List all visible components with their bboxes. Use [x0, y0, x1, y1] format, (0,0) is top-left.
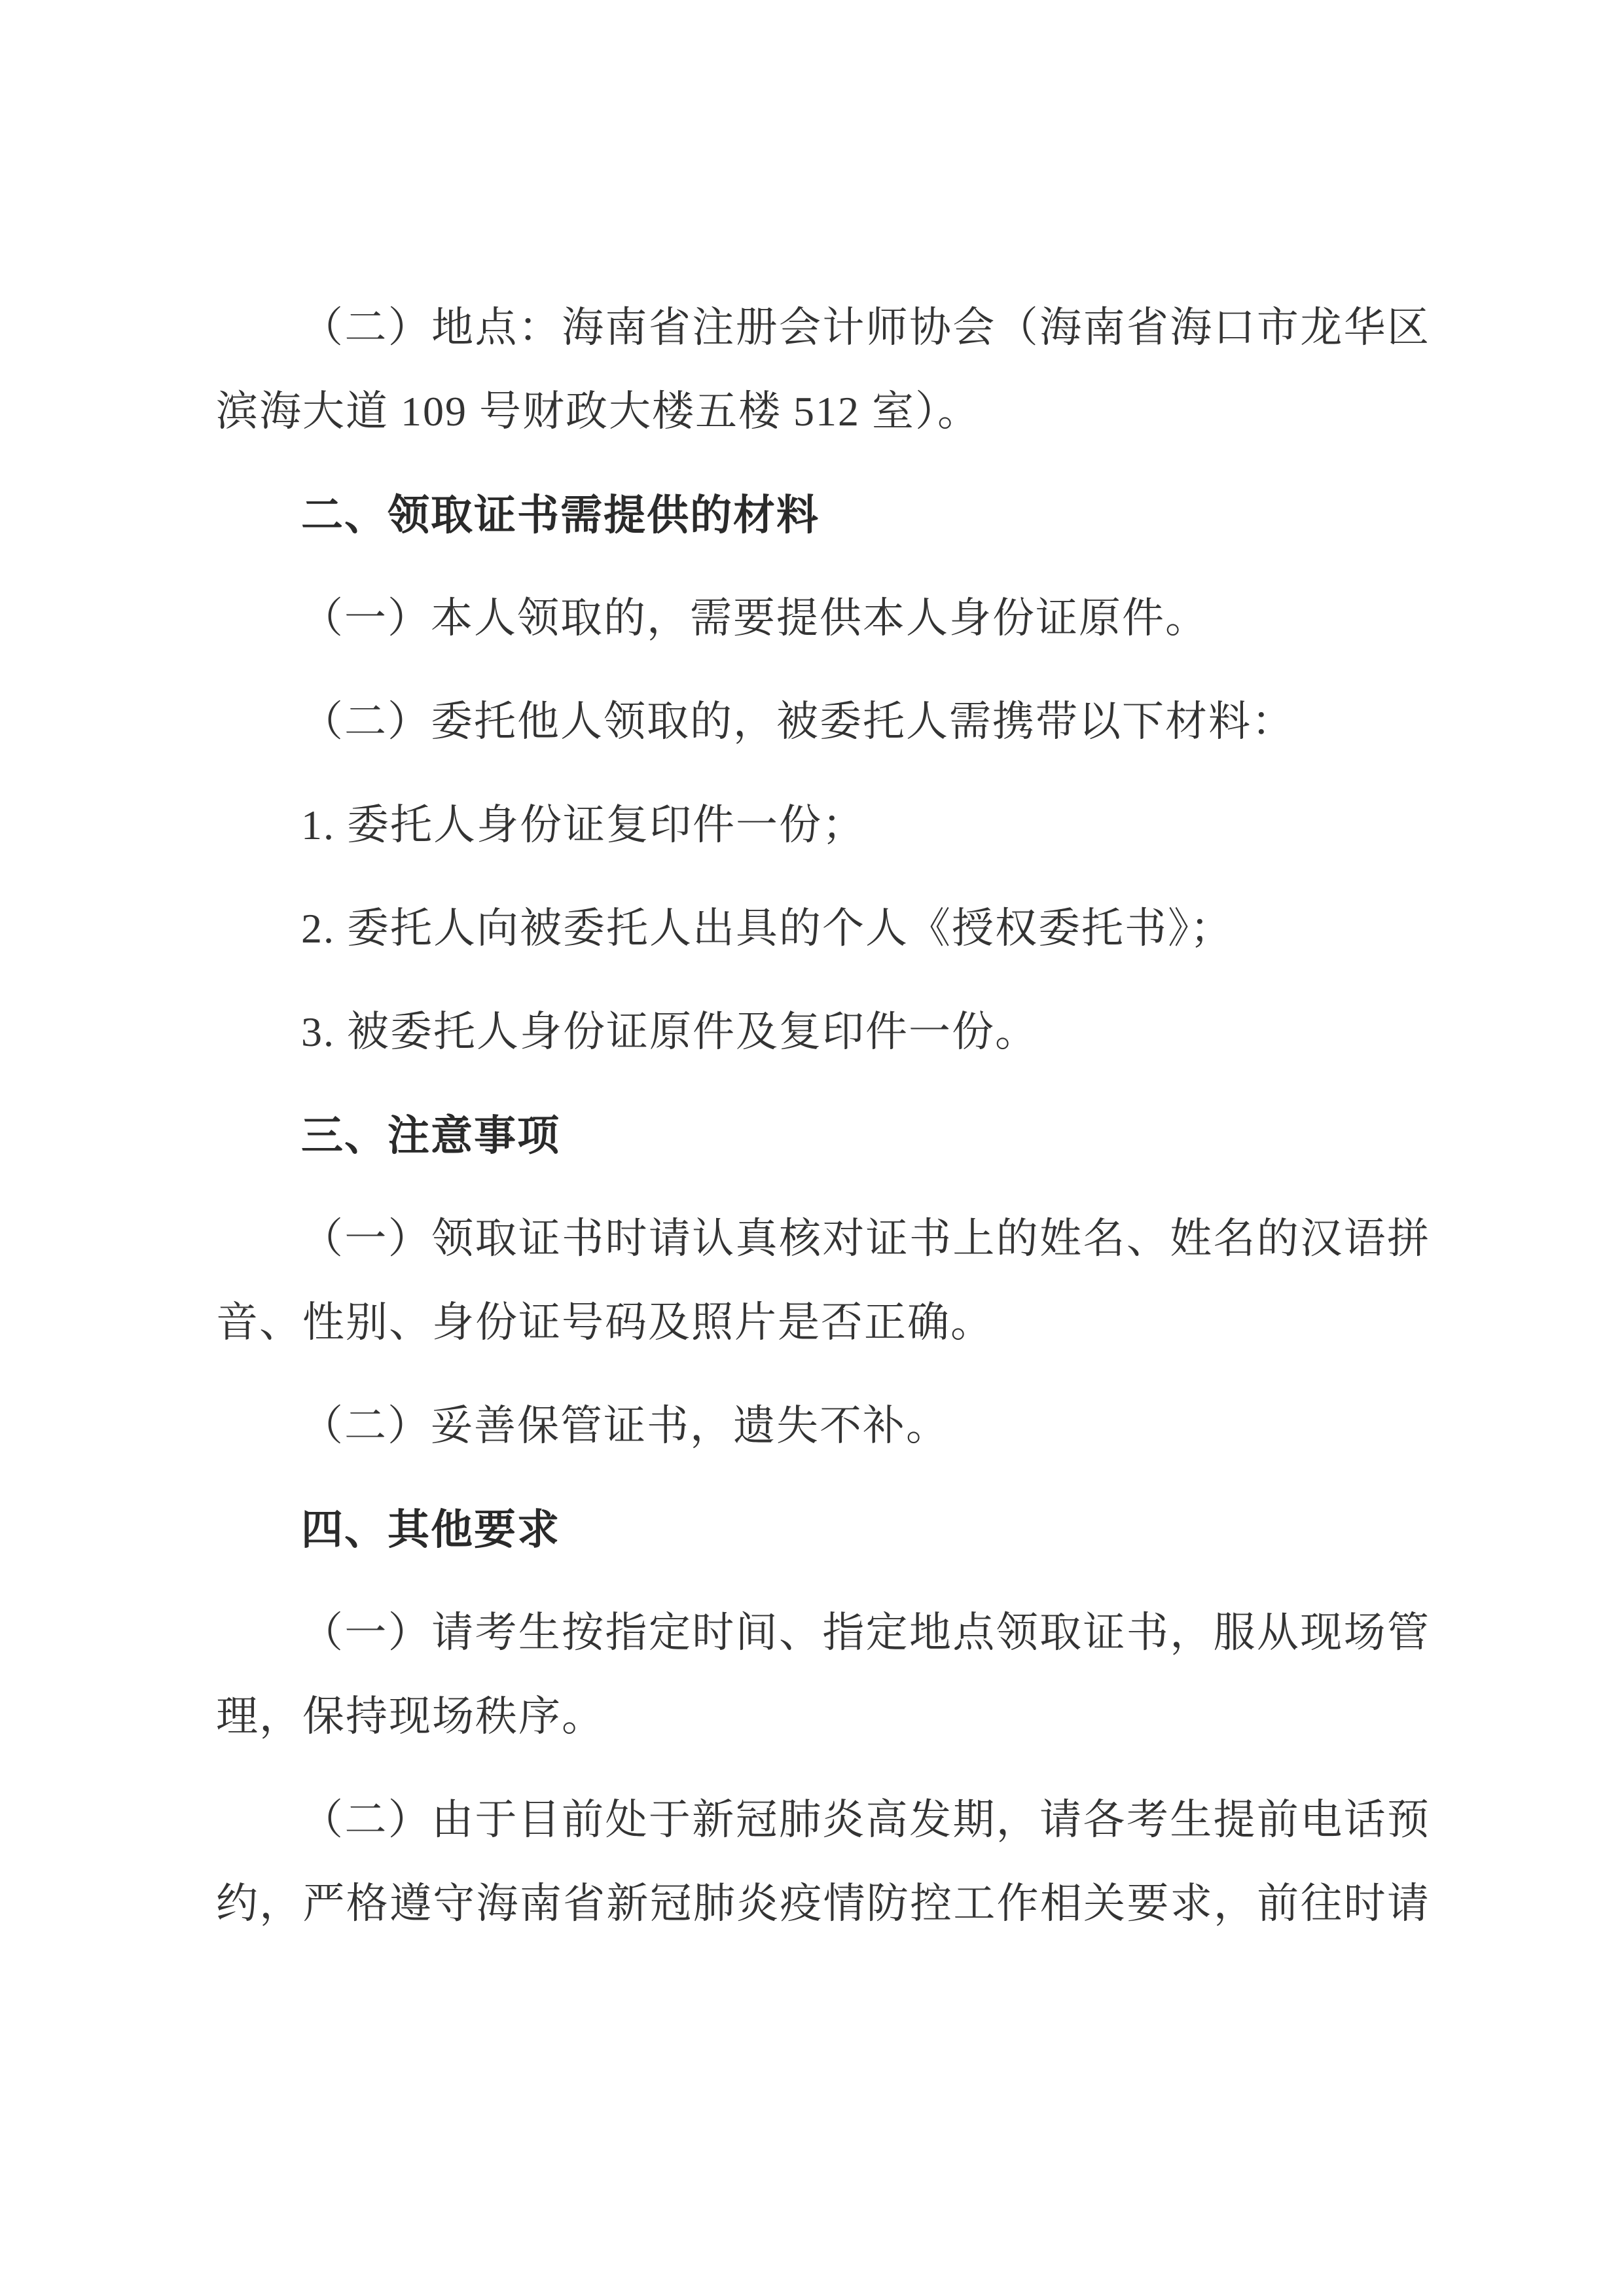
text-line: 音、性别、身份证号码及照片是否正确。 [216, 1281, 1430, 1365]
paragraph: （一）请考生按指定时间、指定地点领取证书，服从现场管理，保持现场秩序。 [216, 1591, 1430, 1759]
text-line: 三、注意事项 [216, 1094, 1430, 1177]
paragraph: （二）妥善保管证书，遗失不补。 [216, 1384, 1430, 1468]
paragraph: （一）领取证书时请认真核对证书上的姓名、姓名的汉语拼音、性别、身份证号码及照片是… [216, 1197, 1430, 1365]
text-line: 1. 委托人身份证复印件一份； [216, 783, 1430, 867]
text-line: 二、领取证书需提供的材料 [216, 473, 1430, 557]
text-line: （一）请考生按指定时间、指定地点领取证书，服从现场管 [216, 1591, 1430, 1675]
document-page: （二）地点：海南省注册会计师协会（海南省海口市龙华区滨海大道 109 号财政大楼… [0, 0, 1624, 2296]
text-line: 2. 委托人向被委托人出具的个人《授权委托书》； [216, 887, 1430, 971]
paragraph: （二）委托他人领取的，被委托人需携带以下材料： [216, 680, 1430, 764]
paragraph: 1. 委托人身份证复印件一份； [216, 783, 1430, 867]
text-line: （二）由于目前处于新冠肺炎高发期，请各考生提前电话预 [216, 1778, 1430, 1862]
text-line: 约，严格遵守海南省新冠肺炎疫情防控工作相关要求，前往时请 [216, 1862, 1430, 1946]
document-body: （二）地点：海南省注册会计师协会（海南省海口市龙华区滨海大道 109 号财政大楼… [216, 286, 1430, 1965]
section-heading: 二、领取证书需提供的材料 [216, 473, 1430, 557]
text-line: （二）委托他人领取的，被委托人需携带以下材料： [216, 680, 1430, 764]
paragraph: （二）由于目前处于新冠肺炎高发期，请各考生提前电话预约，严格遵守海南省新冠肺炎疫… [216, 1778, 1430, 1946]
paragraph: （一）本人领取的，需要提供本人身份证原件。 [216, 577, 1430, 660]
text-line: （一）本人领取的，需要提供本人身份证原件。 [216, 577, 1430, 660]
text-line: （二）地点：海南省注册会计师协会（海南省海口市龙华区 [216, 286, 1430, 370]
text-line: 3. 被委托人身份证原件及复印件一份。 [216, 990, 1430, 1074]
paragraph: 2. 委托人向被委托人出具的个人《授权委托书》； [216, 887, 1430, 971]
text-line: 滨海大道 109 号财政大楼五楼 512 室）。 [216, 370, 1430, 454]
text-line: （二）妥善保管证书，遗失不补。 [216, 1384, 1430, 1468]
text-line: （一）领取证书时请认真核对证书上的姓名、姓名的汉语拼 [216, 1197, 1430, 1281]
text-line: 理，保持现场秩序。 [216, 1675, 1430, 1759]
paragraph: 3. 被委托人身份证原件及复印件一份。 [216, 990, 1430, 1074]
text-line: 四、其他要求 [216, 1488, 1430, 1571]
section-heading: 三、注意事项 [216, 1094, 1430, 1177]
paragraph: （二）地点：海南省注册会计师协会（海南省海口市龙华区滨海大道 109 号财政大楼… [216, 286, 1430, 454]
section-heading: 四、其他要求 [216, 1488, 1430, 1571]
